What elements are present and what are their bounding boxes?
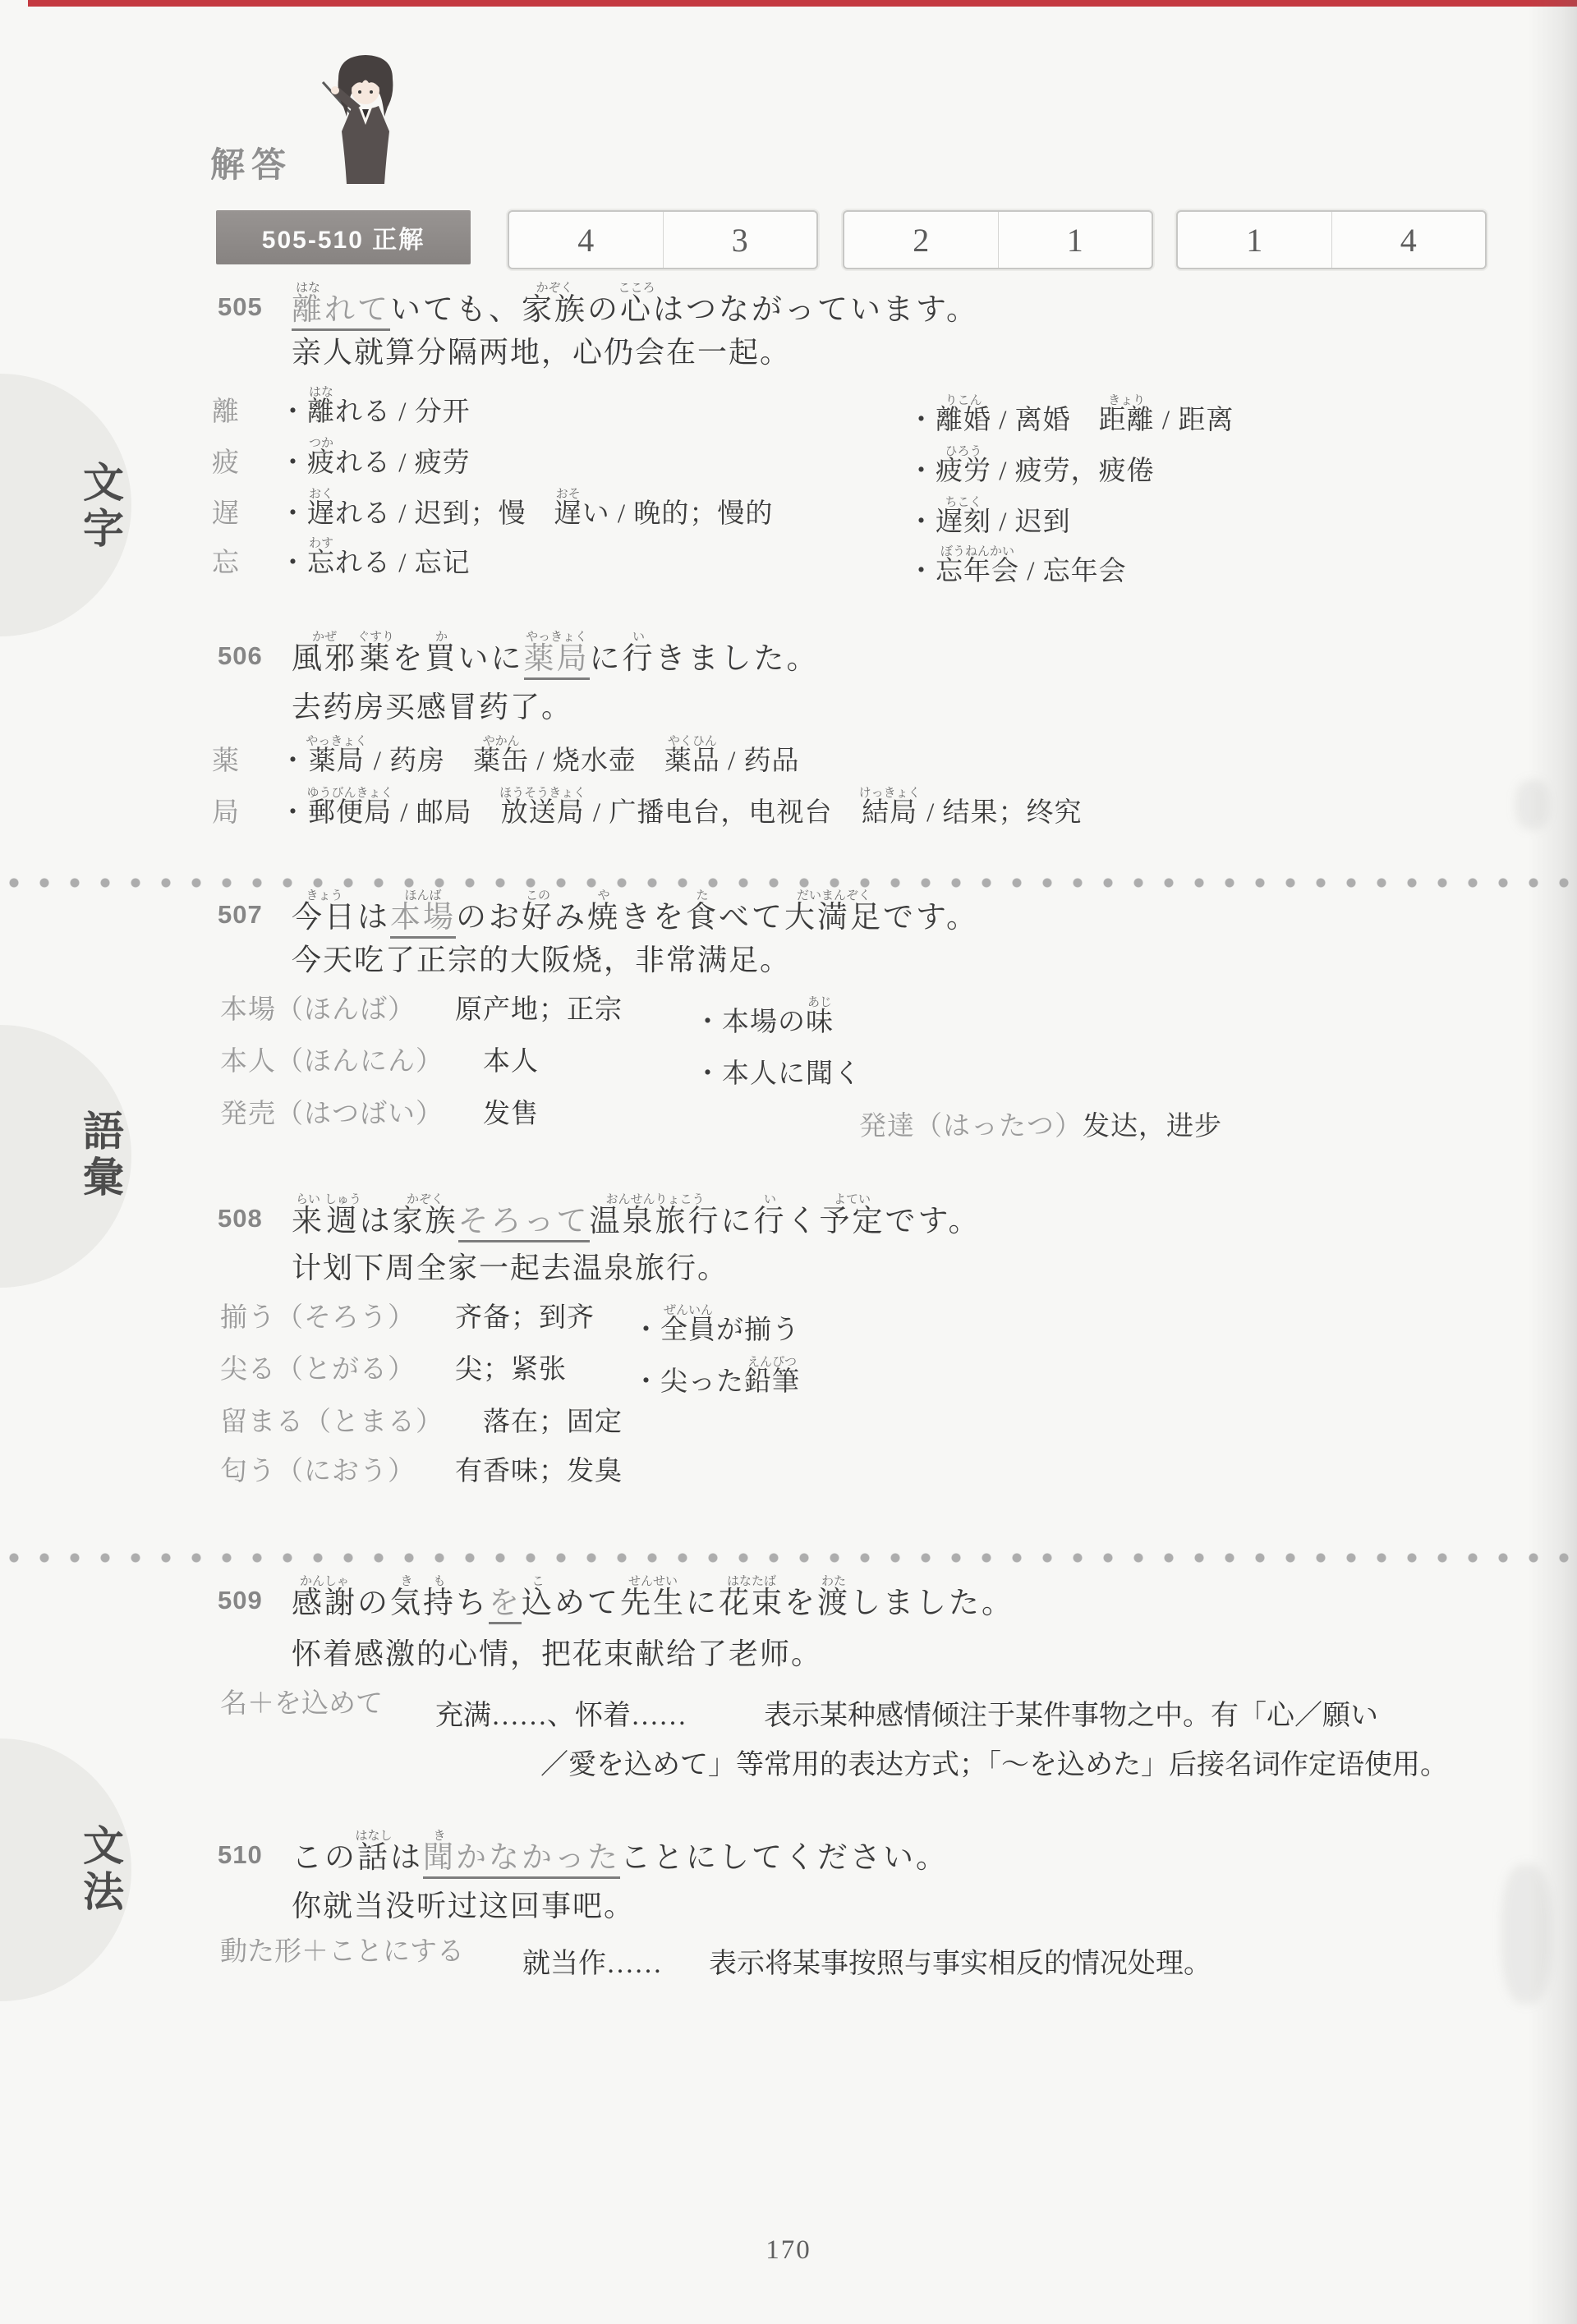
vocab-definition: 发售 bbox=[483, 1092, 539, 1131]
vocab-items-left: ・遅おくれる / 迟到；慢 遅おそい / 晚的；慢的 bbox=[279, 488, 773, 530]
question-number: 509 bbox=[218, 1586, 292, 1615]
dotted-divider bbox=[8, 1552, 1569, 1564]
vocab-extra-entry: 発達（はったつ）发达，进步 bbox=[859, 1105, 1222, 1143]
vocab-headword: 発売（はつばい） bbox=[220, 1092, 444, 1131]
vocab-items-left: ・離はなれる / 分开 bbox=[279, 386, 471, 429]
vocab-items-left: ・疲つかれる / 疲劳 bbox=[279, 437, 471, 480]
q505-translation: 亲人就算分隔两地，心仍会在一起。 bbox=[292, 329, 791, 380]
vocab-headword: 匂う（におう） bbox=[220, 1449, 416, 1488]
q509-sentence-text: 感謝かんしゃの気き持もちを込こめて先生せんせいに花束はなたばを渡わたしました。 bbox=[292, 1575, 1014, 1622]
page-number: 170 bbox=[0, 2235, 1577, 2266]
vocab-definition: 齐备；到齐 bbox=[455, 1296, 595, 1334]
q509-translation: 怀着感激的心情，把花束献给了老师。 bbox=[292, 1631, 822, 1682]
grammar-explanation: 表示将某事按照与事实相反的情况处理。 bbox=[709, 1940, 1211, 1981]
top-red-bar bbox=[28, 0, 1577, 7]
vocab-row: 揃う（そろう） 齐备；到齐 ・全員ぜんいんが揃う bbox=[220, 1296, 1577, 1347]
grammar-row: 名＋を込めて 充满……、怀着…… 表示某种感情倾注于某件事物之中。有「心／願い bbox=[220, 1682, 1577, 1733]
q506-sentence-text: 風邪かぜ薬ぐすりを買かいに薬局やっきょくに行いきました。 bbox=[292, 631, 820, 677]
question-number: 505 bbox=[218, 292, 292, 322]
q506-translation: 去药房买感冒药了。 bbox=[292, 684, 572, 735]
grammar-pattern: 動た形＋ことにする bbox=[220, 1930, 464, 1968]
question-number: 506 bbox=[218, 641, 292, 671]
question-number: 507 bbox=[218, 900, 292, 930]
q505-sentence: 505 離はなれていても、家族かぞくの心こころはつながっています。 bbox=[218, 282, 979, 333]
grammar-row-continued: ／愛を込めて」等常用的表达方式；「～を込めた」后接名词作定语使用。 bbox=[540, 1731, 1577, 1782]
vocab-kanji: 離 bbox=[212, 390, 279, 429]
q509-sentence: 509 感謝かんしゃの気き持もちを込こめて先生せんせいに花束はなたばを渡わたしま… bbox=[218, 1575, 1014, 1626]
vocab-row: 尖る（とがる） 尖；紧张 ・尖った鉛筆えんぴつ bbox=[220, 1348, 1577, 1399]
vocab-row: 離 ・離はなれる / 分开 ・離婚りこん / 离婚 距離きょり / 距离 bbox=[212, 386, 1577, 437]
question-number: 508 bbox=[218, 1204, 292, 1233]
vocab-items-right: ・疲労ひろう / 疲劳，疲倦 bbox=[908, 445, 1155, 488]
q506-sentence: 506 風邪かぜ薬ぐすりを買かいに薬局やっきょくに行いきました。 bbox=[218, 631, 820, 682]
answer-box-group-1: 4 3 bbox=[508, 210, 818, 269]
vocab-example: ・尖った鉛筆えんぴつ bbox=[632, 1356, 800, 1399]
vocab-row: 遅 ・遅おくれる / 迟到；慢 遅おそい / 晚的；慢的 ・遅刻ちこく / 迟到 bbox=[212, 488, 1577, 539]
q508-sentence-text: 来らい週しゅうは家族かぞくそろって温泉旅行おんせんりょこうに行いく予定よていです… bbox=[292, 1193, 982, 1240]
grammar-explanation-line2: ／愛を込めて」等常用的表达方式；「～を込めた」后接名词作定语使用。 bbox=[540, 1742, 1448, 1782]
vocab-headword: 留まる（とまる） bbox=[220, 1400, 444, 1439]
answer-box-group-3: 1 4 bbox=[1176, 210, 1487, 269]
vocab-headword: 本人（ほんにん） bbox=[220, 1040, 444, 1078]
textbook-answer-page: 解答 505-510 正解 4 3 2 1 1 4 文字 語彙 文法 bbox=[0, 0, 1577, 2324]
sidebar-tab-moji: 文字 bbox=[71, 461, 130, 553]
q510-translation: 你就当没听过这回事吧。 bbox=[292, 1883, 635, 1934]
q510-sentence-text: この話はなしは聞きかなかったことにしてください。 bbox=[292, 1830, 949, 1876]
grammar-explanation-line1: 表示某种感情倾注于某件事物之中。有「心／願い bbox=[764, 1692, 1378, 1733]
vocab-headword: 尖る（とがる） bbox=[220, 1348, 416, 1386]
vocab-row: 本人（ほんにん） 本人 ・本人に聞く bbox=[220, 1040, 1577, 1091]
answer-cell: 4 bbox=[509, 212, 663, 268]
q505-sentence-text: 離はなれていても、家族かぞくの心こころはつながっています。 bbox=[292, 282, 979, 328]
vocab-example: ・本場の味あじ bbox=[694, 996, 834, 1039]
vocab-definition: 原产地；正宗 bbox=[455, 988, 623, 1027]
answer-box-group-2: 2 1 bbox=[843, 210, 1153, 269]
teacher-pointer-illustration bbox=[316, 51, 415, 197]
dotted-divider bbox=[8, 877, 1569, 889]
page-title: 解答 bbox=[210, 138, 292, 187]
grammar-pattern: 名＋を込めて bbox=[220, 1682, 383, 1720]
vocab-items-left: ・薬局やっきょく / 药房 薬缶やかん / 烧水壶 薬品やくひん / 药品 bbox=[279, 735, 800, 778]
vocab-definition: 落在；固定 bbox=[483, 1400, 623, 1439]
vocab-items-left: ・忘わすれる / 忘记 bbox=[279, 537, 471, 580]
vocab-kanji: 局 bbox=[212, 791, 279, 829]
vocab-row: 忘 ・忘わすれる / 忘记 ・忘年会ぼうねんかい / 忘年会 bbox=[212, 537, 1577, 588]
vocab-definition: 有香味；发臭 bbox=[455, 1449, 623, 1488]
q508-translation: 计划下周全家一起去温泉旅行。 bbox=[292, 1245, 729, 1296]
vocab-headword: 揃う（そろう） bbox=[220, 1296, 416, 1334]
answer-cell: 1 bbox=[1178, 212, 1331, 268]
vocab-items-left: ・郵便局ゆうびんきょく / 邮局 放送局ほうそうきょく / 广播电台，电视台 結… bbox=[279, 787, 1083, 829]
grammar-meaning: 充满……、怀着…… bbox=[435, 1692, 687, 1733]
vocab-row: 留まる（とまる） 落在；固定 bbox=[220, 1400, 1577, 1451]
vocab-definition: 本人 bbox=[483, 1040, 539, 1078]
vocab-row: 局 ・郵便局ゆうびんきょく / 邮局 放送局ほうそうきょく / 广播电台，电视台… bbox=[212, 787, 1577, 838]
vocab-row: 疲 ・疲つかれる / 疲劳 ・疲労ひろう / 疲劳，疲倦 bbox=[212, 437, 1577, 488]
vocab-items-right: ・遅刻ちこく / 迟到 bbox=[908, 496, 1071, 539]
answer-cell: 1 bbox=[998, 212, 1152, 268]
answer-cell: 2 bbox=[844, 212, 998, 268]
q507-sentence-text: 今日きょうは本場ほんばのお好このみ焼やきを食たべて大満足だいまんぞくです。 bbox=[292, 889, 979, 936]
sidebar-tab-bunpo: 文法 bbox=[71, 1824, 130, 1916]
vocab-definition: 尖；紧张 bbox=[455, 1348, 567, 1386]
vocab-kanji: 薬 bbox=[212, 739, 279, 778]
question-number: 510 bbox=[218, 1840, 292, 1870]
vocab-kanji: 疲 bbox=[212, 441, 279, 480]
q507-sentence: 507 今日きょうは本場ほんばのお好このみ焼やきを食たべて大満足だいまんぞくです… bbox=[218, 889, 979, 940]
grammar-row: 動た形＋ことにする 就当作…… 表示将某事按照与事实相反的情况处理。 bbox=[220, 1930, 1577, 1981]
vocab-row: 薬 ・薬局やっきょく / 药房 薬缶やかん / 烧水壶 薬品やくひん / 药品 bbox=[212, 735, 1577, 786]
answer-cell: 4 bbox=[1331, 212, 1486, 268]
answer-range-label: 505-510 正解 bbox=[216, 210, 471, 264]
vocab-example: ・全員ぜんいんが揃う bbox=[632, 1304, 800, 1347]
vocab-row: 本場（ほんば） 原产地；正宗 ・本場の味あじ bbox=[220, 988, 1577, 1039]
q510-sentence: 510 この話はなしは聞きかなかったことにしてください。 bbox=[218, 1830, 949, 1881]
q507-translation: 今天吃了正宗的大阪烧，非常满足。 bbox=[292, 937, 791, 988]
vocab-items-right: ・忘年会ぼうねんかい / 忘年会 bbox=[908, 545, 1127, 588]
vocab-items-right: ・離婚りこん / 离婚 距離きょり / 距离 bbox=[908, 394, 1234, 437]
answer-cell: 3 bbox=[663, 212, 817, 268]
sidebar-tab-goi: 語彙 bbox=[71, 1109, 130, 1201]
q508-sentence: 508 来らい週しゅうは家族かぞくそろって温泉旅行おんせんりょこうに行いく予定よ… bbox=[218, 1193, 982, 1244]
vocab-headword: 本場（ほんば） bbox=[220, 988, 416, 1027]
vocab-row: 発売（はつばい） 发售 発達（はったつ）发达，进步 bbox=[220, 1092, 1577, 1143]
vocab-row: 匂う（におう） 有香味；发臭 bbox=[220, 1449, 1577, 1500]
vocab-kanji: 忘 bbox=[212, 541, 279, 580]
vocab-example: ・本人に聞く bbox=[694, 1052, 862, 1091]
grammar-meaning: 就当作…… bbox=[522, 1940, 662, 1981]
vocab-kanji: 遅 bbox=[212, 492, 279, 530]
